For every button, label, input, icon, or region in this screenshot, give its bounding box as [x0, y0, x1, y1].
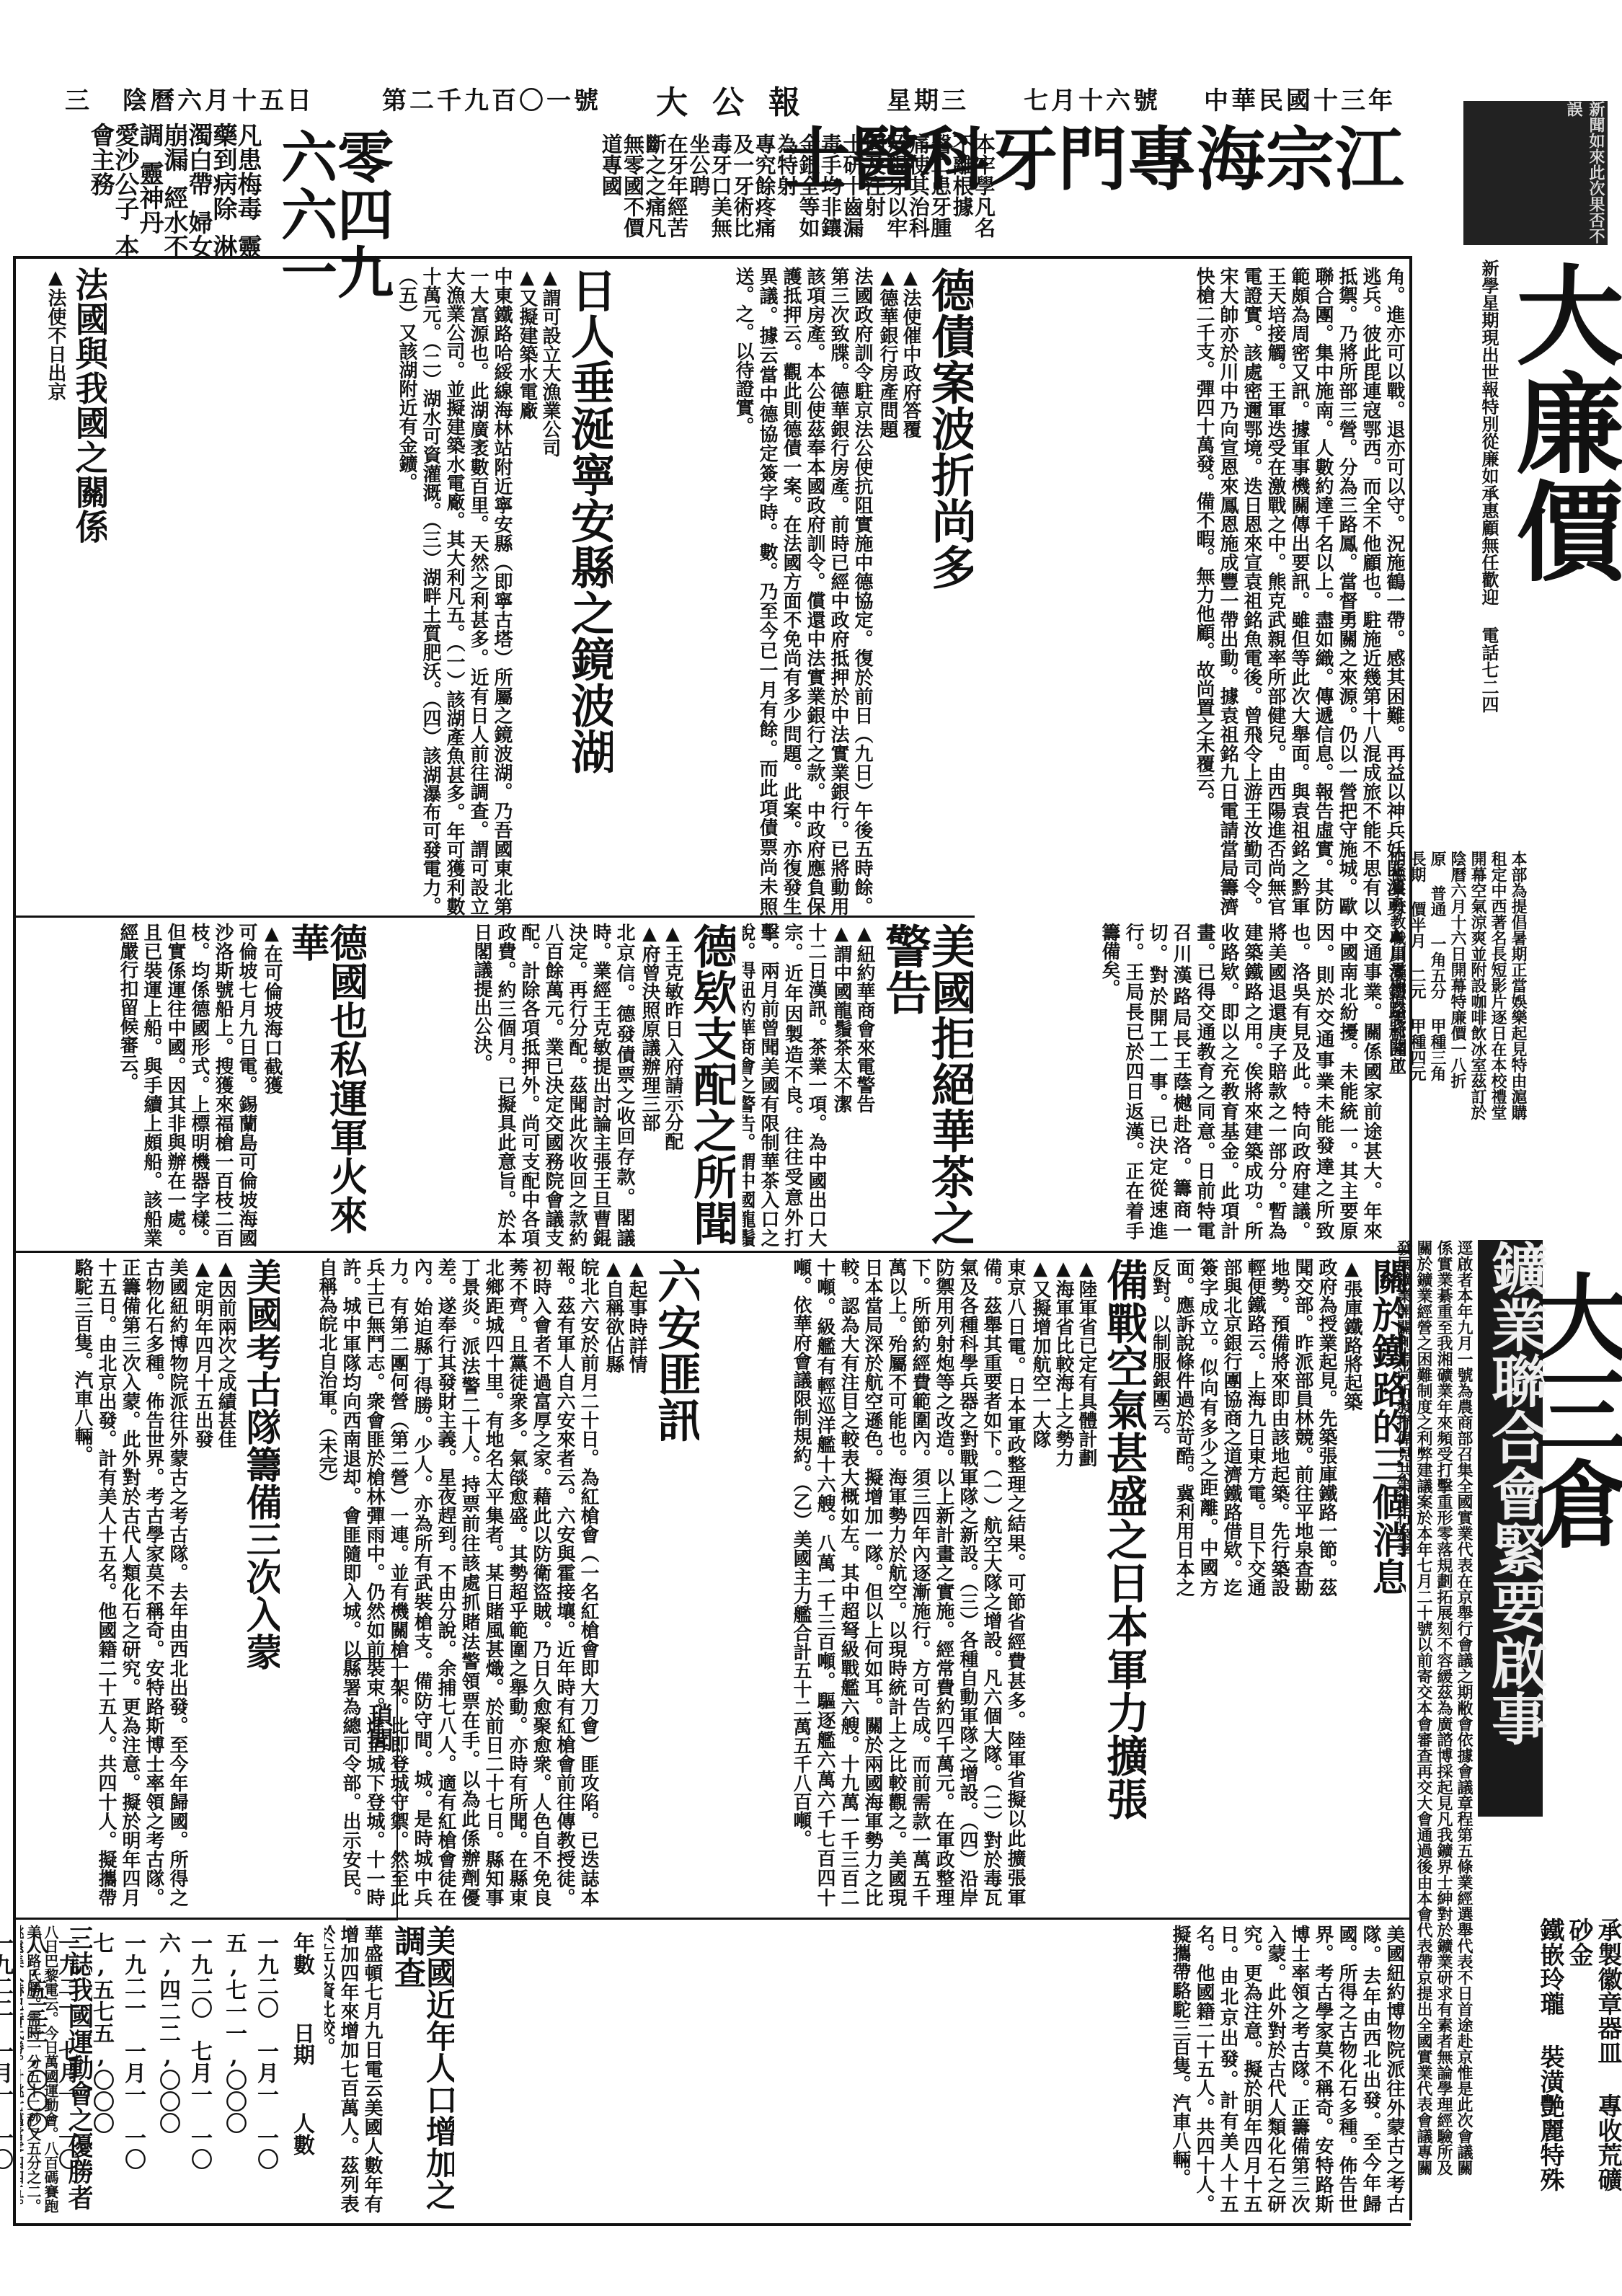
divider [16, 256, 1411, 258]
article-headline: 德欵支配之所聞 [689, 923, 735, 1247]
divider [16, 1251, 1411, 1253]
table-row: 一九二二 一月一 一〇九,二九八,〇〇〇 [0, 1932, 16, 2206]
article-subhead: ▲謂可設立大漁業公司 [541, 267, 559, 916]
article-subhead: ▲起事時詳情 [627, 1258, 646, 1907]
article-subhead: ▲陸軍省已定有具體計劃 [1077, 1258, 1096, 1907]
article-headline: 美國考古隊籌備三次入蒙 [242, 1258, 280, 1907]
weekday: 星期三 [887, 81, 969, 116]
column-header: 日期 [289, 2022, 314, 2065]
page-number: 三 [65, 81, 92, 116]
article-body: 美國紐約博物院派往外蒙古之考古隊。去年由西北出發。至今年歸國。所得之古物化石多種… [70, 1258, 189, 1907]
article-subhead: ▲在可倫坡海口截獲 [262, 923, 281, 1247]
ad-mining-association: 鑛業聯合會緊要啟事 逕啟者本年九月一號為農商部召集全國實業代表在京舉行會議之期敝… [1413, 1225, 1622, 2206]
article-headline: 六安匪訊 [653, 1258, 699, 1907]
population-table: 年數 日期 人數 一九二〇 一月一 一〇五,七一一,〇〇〇 一九二〇 七月一 一… [94, 1932, 317, 2206]
article-archaeology-cont: 美國紐約博物院派往外蒙古之考古隊。去年由西北出發。至今年歸國。所得之古物化石多種… [461, 1925, 1406, 2213]
article-headline: 備戰空氣甚盛之日本軍力擴張 [1103, 1258, 1146, 1907]
newspaper-title: 大公報 [656, 76, 825, 123]
brief-notice: 新聞如來此次果否不誤 [1463, 101, 1608, 245]
article-german-debt: 德債案波折尚多 ▲法使催中政府答覆 ▲德華銀行房產問題 法國政府訓令駐京法公使抗… [620, 267, 973, 916]
article-body: 北京信。德發債票之收回存款。閣議時。業經王克敏提出討論主張王旦曹錕決定。再行分配… [469, 923, 636, 1247]
ad-cinema-details: 本部為提倡暑期正當娛樂起見特由滬購租定中西著名長短影片逐日在本校禮堂開幕空氣涼爽… [1413, 851, 1528, 1125]
article-subhead: ▲張庫鐵路將起築 [1342, 1258, 1361, 1597]
article-subhead: ▲王克敏昨日入府請示分配 [663, 923, 682, 1247]
article-body: 八日巴黎電云。今日萬國運動會。八百碼賽跑美人路氏勝。需時一分五十二秒又五分之二。… [20, 1925, 59, 2213]
divider [1409, 256, 1412, 2220]
article-headline: 德債案波折尚多 [927, 267, 973, 916]
article-subhead: ▲紐約華商會來電警告 [855, 923, 874, 1247]
price-row: 原 普通 一角五分 甲種三角 [1427, 851, 1448, 1125]
article-body: 中東鐵路哈綏線海林站附近寧安縣（即寧古塔）所屬之鏡波湖。乃吾國東北第一大富源也。… [394, 267, 513, 916]
article-jingbo-lake: 日人垂涎寧安縣之鏡波湖 ▲謂可設立大漁業公司 ▲又擬建築水電廠 中東鐵路哈綏線海… [108, 267, 613, 916]
article-japan-military: 備戰空氣甚盛之日本軍力擴張 ▲陸軍省已定有具體計劃 ▲海軍省比較海上之勢力 ▲又… [706, 1258, 1146, 1907]
ad-sponsor: 明德學校教職員暑期俱樂部謹啟 [1387, 851, 1407, 1125]
article-german-funds: 德欵支配之所聞 ▲王克敏昨日入府請示分配 ▲府曾決照原議辦理三部 北京信。德發債… [375, 923, 735, 1247]
article-subhead: ▲府曾決照原議辦理三部 [640, 923, 659, 1247]
table-row: 一九二〇 七月一 一〇六,四二二,〇〇〇 [151, 1932, 215, 2206]
article-german-arms: 德國也私運軍火來華 ▲在可倫坡海口截獲 可倫坡七月九日電。錫蘭島可倫坡海國沙洛斯… [20, 923, 366, 1247]
article-us-population: 美國近年人口增加之調查 華盛頓七月九日電云美國人數年有增加四年來增加七百萬人。茲… [324, 1925, 454, 2213]
ad-body: 本部為提倡暑期正當娛樂起見特由滬購租定中西著名長短影片逐日在本校禮堂開幕空氣涼爽… [1448, 851, 1528, 1125]
article-sports: 三誌我國運動會之優勝者 八日巴黎電云。今日萬國運動會。八百碼賽跑美人路氏勝。需時… [20, 1925, 92, 2213]
article-body: 可倫坡七月九日電。錫蘭島可倫坡海國沙洛斯號船上。搜獲來福槍一百枝二百枝。均係德國… [115, 923, 258, 1247]
table-header: 年數 日期 人數 [285, 1932, 317, 2206]
article-france-relations: 法國與我國之關係 ▲法使不日出京 [20, 267, 107, 916]
ad-wares-line: 承製徽章器皿 專收荒礦砂金 [1564, 1918, 1622, 2199]
ad-wares-line: 鐵嵌玲瓏 裝潢艷麗特殊 [1535, 1918, 1564, 2199]
article-body: 美國紐約博物院派往外蒙古之考古隊。去年由西北出發。至今年歸國。所得之古物化石多種… [1168, 1925, 1406, 2213]
article-us-archaeology: 美國考古隊籌備三次入蒙 ▲因前兩次之成績甚佳 ▲定明年四月十五出發 美國紐約博物… [20, 1258, 280, 1907]
column-header: 年數 [289, 1932, 314, 1975]
ad-mining-body: 逕啟者本年九月一號為農商部召集全國實業代表在京舉行會議之期敝會依據會議章程第五條… [1413, 1240, 1474, 2177]
table-row: 一九二一 一月一 一〇七,五七五,〇〇〇 [85, 1932, 149, 2206]
article-subhead: ▲海軍省比較海上之勢力 [1054, 1258, 1073, 1907]
article-subhead: ▲定明年四月十五出發 [193, 1258, 212, 1907]
price-row: 長期 價半月 二元 甲種四元 [1407, 851, 1427, 1125]
article-headline: 美國拒絕華茶之警告 [881, 923, 973, 1247]
article-subhead: ▲法使不日出京 [46, 267, 65, 916]
article-subhead: ▲法使催中政府答覆 [901, 267, 920, 916]
ad-body-line: 在牙年經苦斷之之痛凡無零國不價道專國 [600, 133, 688, 241]
column-header: 人數 [289, 2112, 314, 2155]
article-body: 十二日漢訊。茶業一項。為中國出口大宗。近年因製造不良。往往受意外打擊。兩月前曾聞… [743, 923, 828, 1247]
article-chuanhan-railway: ▲川漢鐵路將開工 交通事業。關係國家前途甚大。年來中國南北紛擾。未能統一。其主要… [980, 923, 1406, 1240]
ad-dentist-name: 江宗海專門牙科醫士 [1009, 123, 1399, 245]
article-body: 角。進亦可以戰。退亦可以守。況施鶴一帶。感其困難。再益以神兵妖匪潰勇逃兵。彼此毘… [1192, 267, 1406, 916]
article-subhead: ▲德華銀行房產問題 [878, 267, 897, 916]
article-subhead: ▲謂中國龍鬚茶太不潔 [832, 923, 851, 1247]
ad-line: 靈神丹 [135, 161, 164, 234]
article-headline: 法國與我國之關係 [72, 267, 107, 916]
article-hunan-war: 角。進亦可以戰。退亦可以守。況施鶴一帶。感其困難。再益以神兵妖匪潰勇逃兵。彼此毘… [980, 267, 1406, 916]
article-subhead: ▲又擬增加航空一大隊 [1031, 1258, 1050, 1907]
ad-medicine: 凡患梅毒 靈藥到病除 淋濁白帶 婦女崩漏 經水不調 靈神丹 愛沙公子 本會主務 [43, 123, 260, 260]
article-body: 東京八日電。日本軍政整理之結果。可節省經費甚多。陸軍省擬以此擴張軍備。茲舉其重要… [789, 1258, 1027, 1907]
section-label-news-fragment: 瑣聞 [346, 1658, 398, 1920]
ad-line: 愛沙公子 [110, 123, 139, 221]
article-subhead: ▲又擬建築水電廠 [518, 267, 536, 916]
article-headline: 德國也私運軍火來華 [288, 923, 366, 1247]
ad-line: 凡患梅毒 [233, 123, 262, 221]
article-subhead: ▲因前兩次之成績甚佳 [216, 1258, 235, 1907]
table-row: 一九二〇 一月一 一〇五,七一一,〇〇〇 [218, 1932, 281, 2206]
article-subhead: ▲自稱欲佔縣 [604, 1258, 623, 1907]
article-us-tea: 美國拒絕華茶之警告 ▲紐約華商會來電警告 ▲謂中國龍鬚茶太不潔 十二日漢訊。茶業… [743, 923, 973, 1247]
divider [16, 1918, 1411, 1920]
article-body: 交通事業。關係國家前途甚大。年來中國南北紛擾。未能統一。其主要原因。則於交通事業… [1097, 923, 1383, 1240]
issue-number: 第二千九百〇一號 [382, 81, 601, 116]
article-body: 政府為授業起見。先築張庫鐵路一節。茲聞交部。昨派部員林競。前往平地泉查勘地勢。預… [1153, 1258, 1338, 1597]
ad-wares: 承製徽章器皿 專收荒礦砂金 鐵嵌玲瓏 裝潢艷麗特殊 [1550, 1918, 1622, 2199]
year: 中華民國十三年 [1204, 81, 1396, 116]
article-headline: 美國近年人口增加之調查 [391, 1925, 454, 2213]
article-headline: 日人垂涎寧安縣之鏡波湖 [567, 267, 613, 916]
ad-brand-name: 大三倉 [1550, 1269, 1622, 1918]
article-body: 法國政府訓令駐京法公使抗阻實施中德協定。復於前日（九日）午後五時餘。第三次致牒。… [731, 267, 874, 916]
ad-body-line: 專究餘疼痛及一牙術比毒牙口美無坐公聘 [688, 133, 776, 241]
ad-cinema: 明德露天電影開幕大廉價 新學星期現出世報特別從廉如承惠顧無任歡迎 電話七二四 本… [1413, 260, 1622, 1139]
article-railway-news: 關於鐵路的三個消息 ▲張庫鐵路將起築 政府為授業起見。先築張庫鐵路一節。茲聞交部… [1153, 1258, 1406, 1597]
article-body: 華盛頓七月九日電云美國人數年有增加四年來增加七百萬人。茲列表於左以資比較。 [324, 1925, 384, 2213]
date: 七月十六號 [1024, 81, 1161, 116]
masthead: 三 陰曆六月十五日 第二千九百〇一號 大公報 星期三 七月十六號 中華民國十三年 [65, 81, 1456, 117]
ad-dental: 六零六四一九 本牢學凡名不離根據 醫二患牙腫痛使其治科及銀牙以牢固及注射 士研十… [281, 123, 1406, 245]
divider [16, 916, 975, 918]
lunar-date: 陰曆六月十五日 [123, 81, 314, 116]
article-headline: 三誌我國運動會之優勝者 [66, 1925, 92, 2213]
